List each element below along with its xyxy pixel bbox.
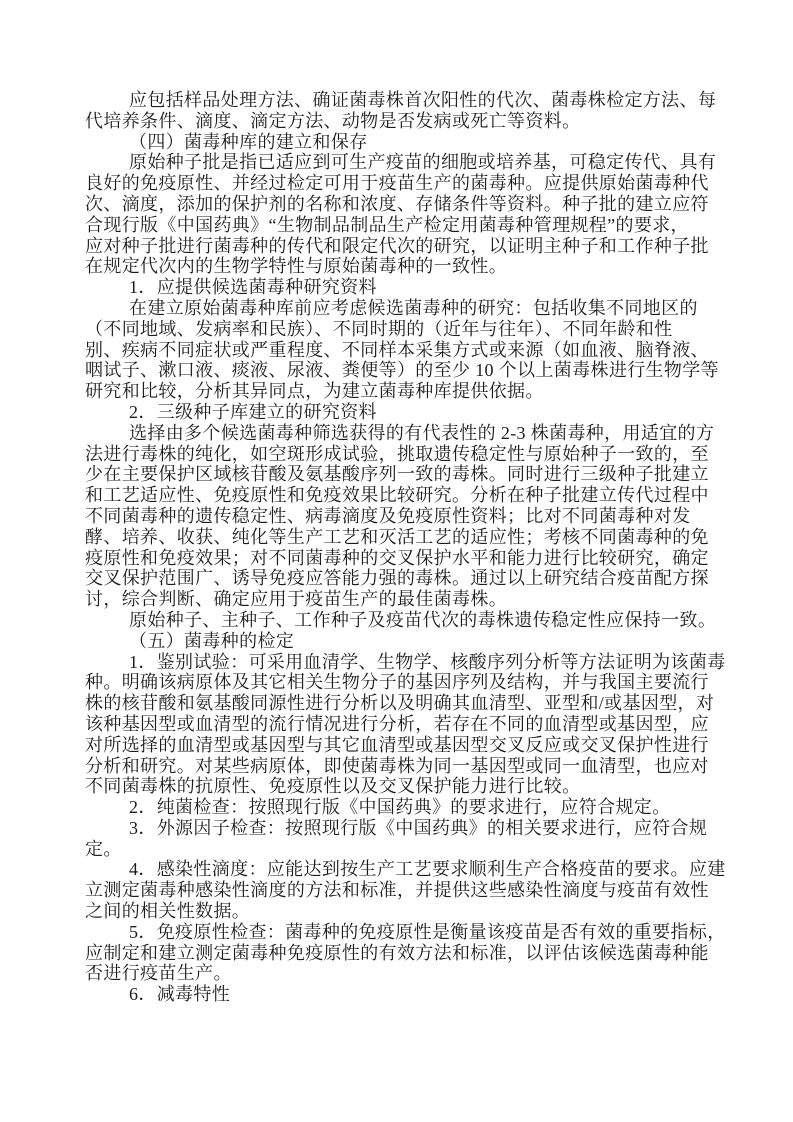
- text-line: 原始种子批是指已适应到可生产疫苗的细胞或培养基，可稳定传代、具有: [85, 152, 725, 173]
- text-line: 株的核苷酸和氨基酸同源性进行分析以及明确其血清型、亚型和/或基因型，对: [85, 693, 725, 714]
- section-heading: （五）菌毒种的检定: [85, 631, 725, 652]
- text-line: 次、滴度，添加的保护剂的名称和浓度、存储条件等资料。种子批的建立应符: [85, 194, 725, 215]
- document-body: 应包括样品处理方法、确证菌毒株首次阳性的代次、菌毒株检定方法、每 代培养条件、滴…: [85, 90, 725, 1005]
- text-line: 在建立原始菌毒种库前应考虑候选菌毒种的研究：包括收集不同地区的: [85, 298, 725, 319]
- text-line: 少在主要保护区域核苷酸及氨基酸序列一致的毒株。同时进行三级种子批建立: [85, 464, 725, 485]
- text-line: 酵、培养、收获、纯化等生产工艺和灭活工艺的适应性；考核不同菌毒种的免: [85, 527, 725, 548]
- text-line: 之间的相关性数据。: [85, 901, 725, 922]
- text-line: 定。: [85, 839, 725, 860]
- text-line: （不同地域、发病率和民族）、不同时期的（近年与往年）、不同年龄和性: [85, 319, 725, 340]
- text-line: 否进行疫苗生产。: [85, 963, 725, 984]
- text-line: 立测定菌毒种感染性滴度的方法和标准，并提供这些感染性滴度与疫苗有效性: [85, 880, 725, 901]
- text-line: 应对种子批进行菌毒种的传代和限定代次的研究，以证明主种子和工作种子批: [85, 236, 725, 257]
- text-line: 交叉保护范围广、诱导免疫应答能力强的毒株。通过以上研究结合疫苗配方探: [85, 568, 725, 589]
- numbered-item-heading: 1．应提供候选菌毒种研究资料: [85, 277, 725, 298]
- text-line: 不同菌毒种的遗传稳定性、病毒滴度及免疫原性资料；比对不同菌毒种对发: [85, 506, 725, 527]
- numbered-item: 5．免疫原性检查：菌毒种的免疫原性是衡量该疫苗是否有效的重要指标，: [85, 922, 725, 943]
- numbered-item: 2．纯菌检查：按照现行版《中国药典》的要求进行，应符合规定。: [85, 797, 725, 818]
- text-line: 对所选择的血清型或基因型与其它血清型或基因型交叉反应或交叉保护性进行: [85, 735, 725, 756]
- text-line: 咽试子、漱口液、痰液、尿液、粪便等）的至少 10 个以上菌毒株进行生物学等: [85, 360, 725, 381]
- text-line: 合现行版《中国药典》“生物制品制品生产检定用菌毒种管理规程”的要求，: [85, 215, 725, 236]
- text-line: 选择由多个候选菌毒种筛选获得的有代表性的 2-3 株菌毒种，用适宜的方: [85, 423, 725, 444]
- text-line: 该种基因型或血清型的流行情况进行分析，若存在不同的血清型或基因型，应: [85, 714, 725, 735]
- text-line: 和工艺适应性、免疫原性和免疫效果比较研究。分析在种子批建立传代过程中: [85, 485, 725, 506]
- text-line: 在规定代次内的生物学特性与原始菌毒种的一致性。: [85, 256, 725, 277]
- numbered-item: 4．感染性滴度：应能达到按生产工艺要求顺利生产合格疫苗的要求。应建: [85, 859, 725, 880]
- text-line: 疫原性和免疫效果；对不同菌毒种的交叉保护水平和能力进行比较研究，确定: [85, 548, 725, 569]
- document-page: 应包括样品处理方法、确证菌毒株首次阳性的代次、菌毒株检定方法、每 代培养条件、滴…: [0, 0, 793, 1122]
- text-line: 讨，综合判断、确定应用于疫苗生产的最佳菌毒株。: [85, 589, 725, 610]
- numbered-item: 3．外源因子检查：按照现行版《中国药典》的相关要求进行，应符合规: [85, 818, 725, 839]
- text-line: 不同菌毒株的抗原性、免疫原性以及交叉保护能力进行比较。: [85, 776, 725, 797]
- numbered-item-heading: 2．三级种子库建立的研究资料: [85, 402, 725, 423]
- text-line: 别、疾病不同症状或严重程度、不同样本采集方式或来源（如血液、脑脊液、: [85, 340, 725, 361]
- text-line: 代培养条件、滴度、滴定方法、动物是否发病或死亡等资料。: [85, 111, 725, 132]
- text-line: 种。明确该病原体及其它相关生物分子的基因序列及结构，并与我国主要流行: [85, 672, 725, 693]
- text-line: 研究和比较，分析其异同点，为建立菌毒种库提供依据。: [85, 381, 725, 402]
- text-line: 分析和研究。对某些病原体，即使菌毒株为同一基因型或同一血清型，也应对: [85, 756, 725, 777]
- text-line: 原始种子、主种子、工作种子及疫苗代次的毒株遗传稳定性应保持一致。: [85, 610, 725, 631]
- section-heading: （四）菌毒种库的建立和保存: [85, 132, 725, 153]
- text-line: 应包括样品处理方法、确证菌毒株首次阳性的代次、菌毒株检定方法、每: [85, 90, 725, 111]
- text-line: 应制定和建立测定菌毒种免疫原性的有效方法和标准，以评估该候选菌毒种能: [85, 943, 725, 964]
- numbered-item: 1．鉴别试验：可采用血清学、生物学、核酸序列分析等方法证明为该菌毒: [85, 652, 725, 673]
- text-line: 法进行毒株的纯化，如空斑形成试验，挑取遗传稳定性与原始种子一致的，至: [85, 444, 725, 465]
- numbered-item-heading: 6．减毒特性: [85, 984, 725, 1005]
- text-line: 良好的免疫原性、并经过检定可用于疫苗生产的菌毒种。应提供原始菌毒种代: [85, 173, 725, 194]
